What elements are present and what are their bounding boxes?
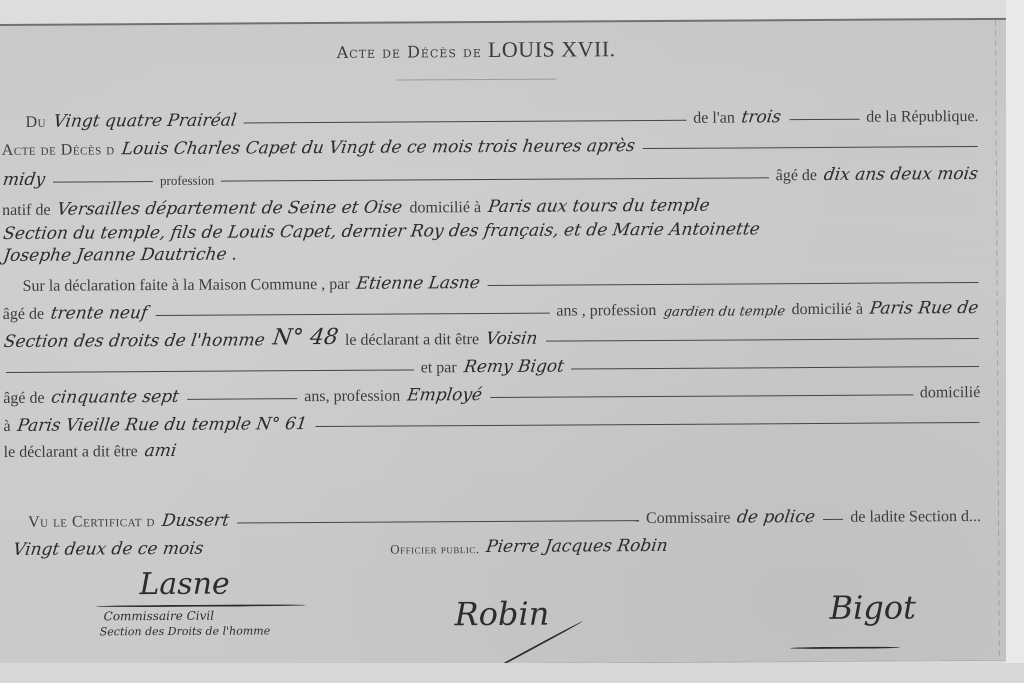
label-declarant-relation: le déclarant a dit être	[342, 331, 482, 350]
fill-rule	[221, 177, 769, 181]
hand-declarant1-relation: Voisin	[481, 329, 543, 349]
hand-declarant2-profession: Employé	[402, 385, 487, 406]
title-name: LOUIS XVII.	[488, 36, 616, 62]
label-declarant-relation: le déclarant a dit être	[1, 443, 141, 462]
label-certificat: Vu le Certificat d	[25, 513, 158, 532]
label-profession: profession	[157, 173, 217, 189]
fill-rule	[490, 394, 913, 398]
label-commissaire: Commissaire	[643, 510, 734, 529]
fill-rule	[6, 369, 414, 372]
hand-date: Vingt quatre Prairéal	[48, 111, 241, 132]
line-declarant1-details: âgé de trente neuf ans , profession gard…	[0, 292, 983, 324]
label-an: de l'an	[690, 109, 738, 127]
fill-rule	[823, 519, 843, 520]
label-acte-deces: Acte de Décès d	[0, 141, 118, 160]
signature-flourish	[790, 646, 900, 649]
signature-robin: Robin	[454, 595, 549, 634]
line-mother-name: Josephe Jeanne Dautriche .	[0, 234, 982, 266]
hand-midy: midy	[0, 170, 50, 190]
fill-rule	[53, 181, 153, 183]
signature-lasne-title: Commissaire Civil	[104, 609, 215, 624]
label-du: Du	[23, 114, 50, 132]
hand-mother-name: Josephe Jeanne Dautriche .	[0, 244, 243, 265]
line-date: Du Vingt quatre Prairéal de l'an trois d…	[0, 100, 982, 132]
fill-rule	[156, 313, 550, 316]
label-officier-public: Officier public.	[387, 541, 483, 558]
line-declarant2-relation: le déclarant a dit être ami	[0, 430, 984, 462]
label-age: âgé de	[773, 167, 820, 185]
hand-section: Section des droits de l'homme	[0, 330, 270, 352]
hand-commissaire: de police	[732, 507, 821, 528]
label-domicile: domicilié à	[789, 301, 867, 319]
fill-rule	[789, 119, 859, 120]
line-declarant2-details: âgé de cinquante sept ans, profession Em…	[0, 376, 983, 408]
title-prefix: Acte de Décès de	[337, 42, 482, 62]
document-photo: Acte de Décès de LOUIS XVII. Du Vingt qu…	[0, 0, 1024, 683]
line-declaration: Sur la déclaration faite à la Maison Com…	[0, 264, 983, 296]
hand-declarant-2: Remy Bigot	[458, 357, 569, 378]
line-officier: Vingt deux de ce mois Officier public. P…	[0, 528, 984, 560]
fill-rule	[187, 398, 297, 400]
line-second-declarant: et par Remy Bigot	[0, 348, 983, 380]
line-acte: Acte de Décès d Louis Charles Capet du V…	[0, 128, 982, 160]
line-certificat: Vu le Certificat d Dussert Commissaire d…	[0, 500, 984, 532]
hand-certificat-name: Dussert	[157, 511, 235, 531]
label-republique: de la République.	[863, 108, 982, 127]
hand-declarant2-relation: ami	[139, 441, 181, 461]
signature-lasne: Lasne	[139, 567, 229, 603]
signature-flourish	[96, 604, 306, 607]
hand-declarant1-profession: gardien du temple	[658, 304, 789, 320]
label-age: âgé de	[0, 390, 47, 408]
label-declaration: Sur la déclaration faite à la Maison Com…	[20, 276, 353, 296]
label-et-par: et par	[418, 359, 460, 377]
line-declarant1-section: Section des droits de l'homme N° 48 le d…	[0, 320, 983, 352]
hand-declarant-1: Etienne Lasne	[351, 273, 485, 294]
line-profession-age: midy profession âgé de dix ans deux mois	[0, 158, 982, 190]
hand-declarant1-residence: Paris Rue de	[865, 298, 984, 319]
document-title: Acte de Décès de LOUIS XVII.	[0, 34, 956, 66]
hand-declarant2-address: Paris Vieille Rue du temple N° 61	[12, 414, 312, 436]
hand-declarant1-age: trente neuf	[46, 303, 153, 324]
signature-bigot: Bigot	[829, 588, 916, 627]
death-certificate-sheet: Acte de Décès de LOUIS XVII. Du Vingt qu…	[0, 18, 1012, 666]
hand-year: trois	[736, 107, 786, 127]
label-ans-profession: ans, profession	[301, 388, 403, 407]
fill-rule	[572, 366, 980, 369]
hand-house-number: N° 48	[267, 325, 344, 350]
hand-declarant2-age: cinquante sept	[46, 387, 184, 408]
label-section: de ladite Section d...	[847, 508, 984, 527]
fill-rule	[315, 422, 979, 427]
fill-rule	[488, 282, 979, 286]
label-age: âgé de	[0, 306, 47, 324]
fill-rule	[546, 338, 979, 342]
signature-lasne-section: Section des Droits de l'homme	[100, 624, 271, 638]
hand-age: dix ans deux mois	[819, 164, 984, 185]
fill-rule	[643, 146, 978, 149]
title-divider	[396, 79, 556, 81]
hand-certificate-date: Vingt deux de ce mois	[8, 538, 389, 560]
scan-margin-bottom	[0, 663, 1024, 683]
label-domicile: domicilié	[917, 384, 984, 402]
label-ans-profession: ans , profession	[553, 302, 659, 321]
fill-rule	[237, 520, 639, 523]
hand-deceased-name: Louis Charles Capet du Vingt de ce mois …	[116, 136, 640, 159]
hand-officier-name: Pierre Jacques Robin	[481, 536, 673, 557]
fill-rule	[244, 120, 686, 124]
scan-margin-right	[1006, 0, 1024, 683]
